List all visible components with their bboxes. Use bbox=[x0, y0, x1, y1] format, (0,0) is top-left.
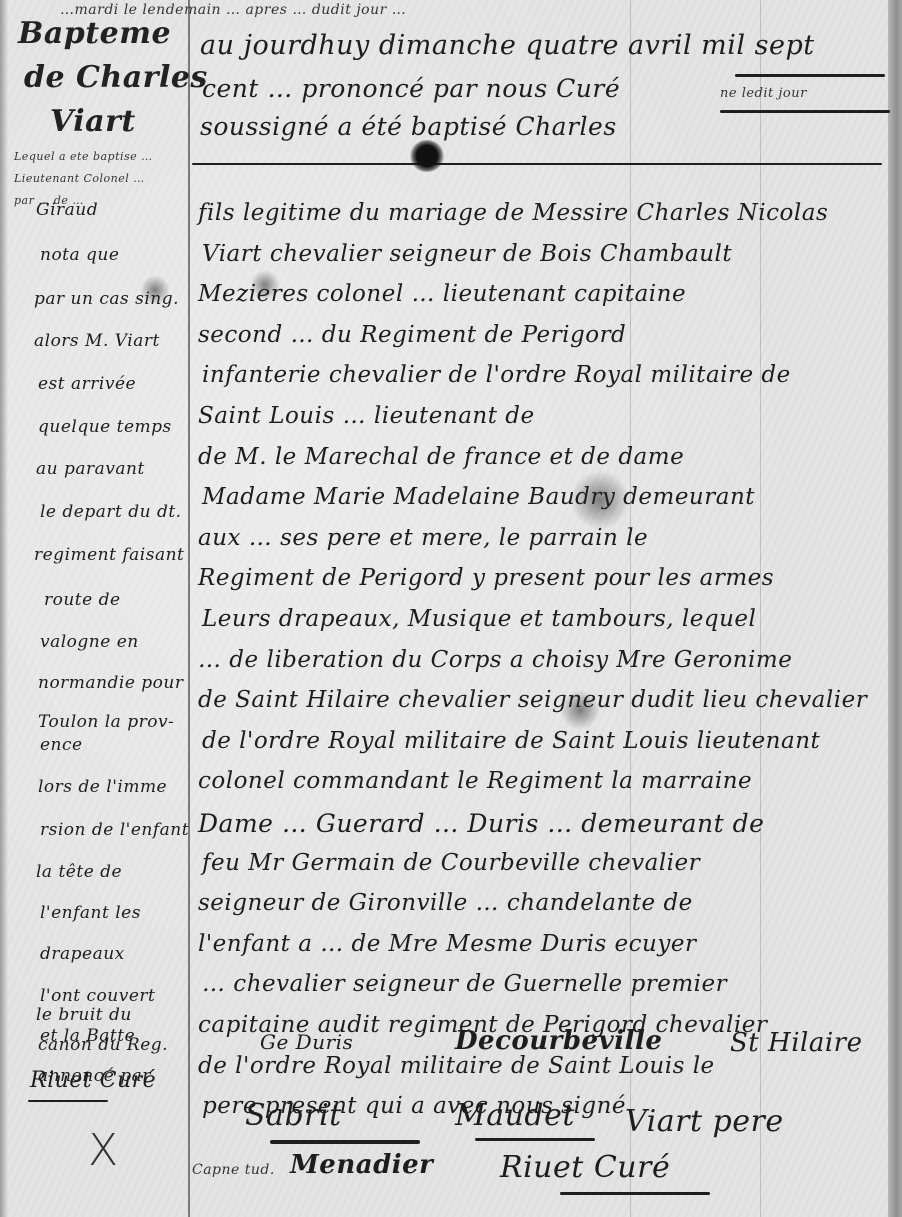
ink-smudge bbox=[250, 270, 280, 300]
signature-sabrit: Sabrit bbox=[245, 1098, 342, 1133]
record-line: Dame … Guerard … Duris … demeurant de bbox=[198, 809, 764, 838]
ink-smudge bbox=[560, 690, 600, 730]
margin-title-line-1: Bapteme bbox=[18, 16, 171, 51]
margin-note-line: rsion de l'enfant bbox=[40, 820, 189, 840]
margin-small-note-1: Lequel a ete baptise … bbox=[14, 150, 153, 163]
cross-mark: X bbox=[88, 1125, 118, 1176]
margin-rule bbox=[188, 0, 190, 1217]
margin-note-line: est arrivée bbox=[38, 374, 136, 394]
margin-note-line: valogne en bbox=[40, 632, 139, 652]
header-superscript: ne ledit jour bbox=[720, 86, 807, 101]
margin-note-line: quelque temps bbox=[38, 417, 172, 437]
record-line: Saint Louis … lieutenant de bbox=[198, 403, 535, 429]
record-line: de l'ordre Royal militaire de Saint Loui… bbox=[202, 728, 820, 754]
margin-note-line: l'enfant les bbox=[40, 903, 141, 923]
record-line: Regiment de Perigord y present pour les … bbox=[198, 565, 774, 591]
record-line: de l'ordre Royal militaire de Saint Loui… bbox=[198, 1053, 715, 1079]
margin-note-line: alors M. Viart bbox=[34, 331, 160, 351]
page-left-edge bbox=[0, 0, 8, 1217]
record-line: aux … ses pere et mere, le parrain le bbox=[198, 525, 648, 551]
signature-duris: Ge Duris bbox=[260, 1030, 353, 1054]
margin-title-line-2: de Charles bbox=[24, 60, 208, 95]
closing-stroke bbox=[192, 163, 882, 165]
margin-note-line: Giraud bbox=[36, 200, 98, 220]
margin-note-line: lors de l'imme bbox=[38, 777, 167, 797]
signature-maudet: Maudet bbox=[455, 1098, 575, 1133]
record-line: fils legitime du mariage de Messire Char… bbox=[198, 200, 828, 226]
signature-rank-prefix: Capne tud. bbox=[192, 1162, 275, 1178]
page-binding-edge bbox=[888, 0, 902, 1217]
margin-note-line: drapeaux bbox=[40, 944, 125, 964]
margin-note-line: regiment faisant bbox=[34, 545, 184, 565]
ink-blot bbox=[410, 140, 444, 172]
signature-menadier: Menadier bbox=[290, 1150, 433, 1180]
record-line: l'enfant a … de Mre Mesme Duris ecuyer bbox=[198, 931, 696, 957]
record-line: seigneur de Gironville … chandelante de bbox=[198, 890, 693, 916]
signature-riuet-cure: Riuet Curé bbox=[500, 1150, 670, 1185]
record-line: de Saint Hilaire chevalier seigneur dudi… bbox=[198, 687, 867, 713]
ink-smudge bbox=[140, 275, 170, 305]
record-line: Leurs drapeaux, Musique et tambours, leq… bbox=[202, 606, 756, 632]
register-page: …mardi le lendemain … apres … dudit jour… bbox=[0, 0, 902, 1217]
record-line: … chevalier seigneur de Guernelle premie… bbox=[202, 971, 727, 997]
record-line: feu Mr Germain de Courbeville chevalier bbox=[202, 850, 700, 876]
margin-note-line: route de bbox=[44, 590, 121, 610]
record-line: second … du Regiment de Perigord bbox=[198, 322, 626, 348]
signature-flourish bbox=[560, 1192, 710, 1195]
margin-note-line: au paravant bbox=[36, 459, 145, 479]
record-line: … de liberation du Corps a choisy Mre Ge… bbox=[198, 647, 792, 673]
record-line: Madame Marie Madelaine Baudry demeurant bbox=[202, 484, 755, 510]
margin-note-line: Toulon la prov- bbox=[38, 712, 174, 732]
margin-small-note-2: Lieutenant Colonel … bbox=[14, 172, 145, 185]
margin-note-line: l'ont couvert bbox=[40, 986, 155, 1006]
margin-note-line: ence bbox=[40, 735, 83, 755]
header-line-2: cent … prononcé par nous Curé bbox=[202, 74, 620, 103]
line-filler-stroke bbox=[720, 110, 890, 113]
margin-note-line: le bruit du bbox=[36, 1005, 132, 1025]
line-filler-stroke bbox=[735, 74, 885, 77]
signature-flourish bbox=[270, 1140, 420, 1144]
margin-note-line: canon du Reg. bbox=[38, 1035, 168, 1055]
record-line: infanterie chevalier de l'ordre Royal mi… bbox=[202, 362, 791, 388]
signature-viart-pere: Viart pere bbox=[625, 1104, 784, 1139]
record-line: de M. le Marechal de france et de dame bbox=[198, 444, 684, 470]
signature-decourbeville: Decourbeville bbox=[455, 1026, 662, 1056]
record-line: Viart chevalier seigneur de Bois Chambau… bbox=[202, 241, 732, 267]
margin-note-line: la tête de bbox=[36, 862, 122, 882]
margin-title-line-3: Viart bbox=[50, 104, 136, 139]
margin-note-line: le depart du dt. bbox=[40, 502, 182, 522]
margin-note-line: normandie pour bbox=[38, 673, 184, 693]
record-line: colonel commandant le Regiment la marrai… bbox=[198, 768, 752, 794]
margin-signature-flourish bbox=[28, 1100, 108, 1102]
ink-smudge bbox=[570, 470, 630, 530]
signature-flourish bbox=[475, 1138, 595, 1141]
margin-note-line: Riuet Curé bbox=[30, 1068, 156, 1093]
margin-note-line: nota que bbox=[40, 245, 119, 265]
signature-st-hilaire: St Hilaire bbox=[730, 1028, 862, 1058]
header-line-1: au jourdhuy dimanche quatre avril mil se… bbox=[200, 30, 815, 61]
header-line-3: soussigné a été baptisé Charles bbox=[200, 112, 617, 141]
